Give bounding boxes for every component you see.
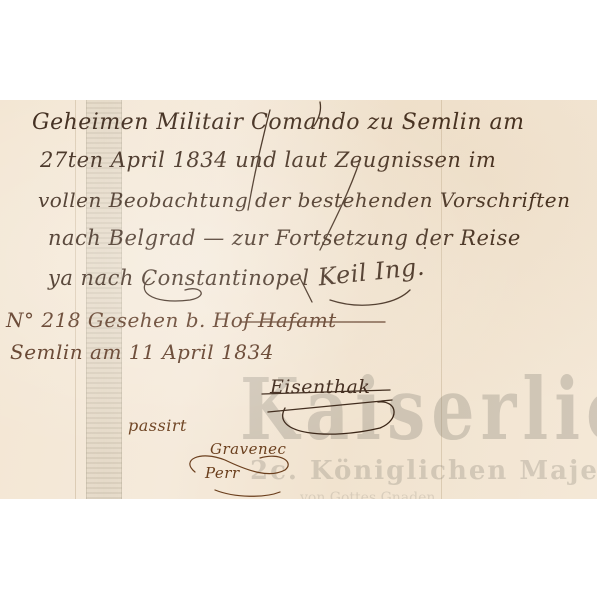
document-sheet: Kaiserlichen 2c. Königlichen Majestät 2c… xyxy=(0,100,597,499)
signature-eisenthak: Eisenthak xyxy=(270,376,370,398)
handwritten-line-1: Geheimen Militair Comando zu Semlin am xyxy=(32,110,524,135)
signature-3: Gravenec xyxy=(210,440,286,458)
endorsement-line-1: N° 218 Gesehen b. Hof Hafamt xyxy=(6,308,337,332)
printed-subline-2: von Gottes Gnaden xyxy=(300,490,435,499)
signature-4: Perr xyxy=(205,464,240,482)
handwritten-line-4: nach Belgrad — zur Fortsetzung der Reise xyxy=(48,226,521,250)
printed-subline: 2c. Königlichen Majestät 2c. xyxy=(250,456,597,486)
handwritten-line-3: vollen Beobachtung der bestehenden Vorsc… xyxy=(38,188,571,212)
passiert-note: passirt xyxy=(128,416,187,435)
handwritten-line-5: ya nach Constantinopel xyxy=(48,266,309,290)
handwritten-line-2: 27ten April 1834 und laut Zeugnissen im xyxy=(40,148,496,172)
signature-1: Keil Ing. xyxy=(317,252,426,291)
endorsement-line-2: Semlin am 11 April 1834 xyxy=(10,340,274,364)
printed-headline: Kaiserlichen xyxy=(240,360,597,460)
